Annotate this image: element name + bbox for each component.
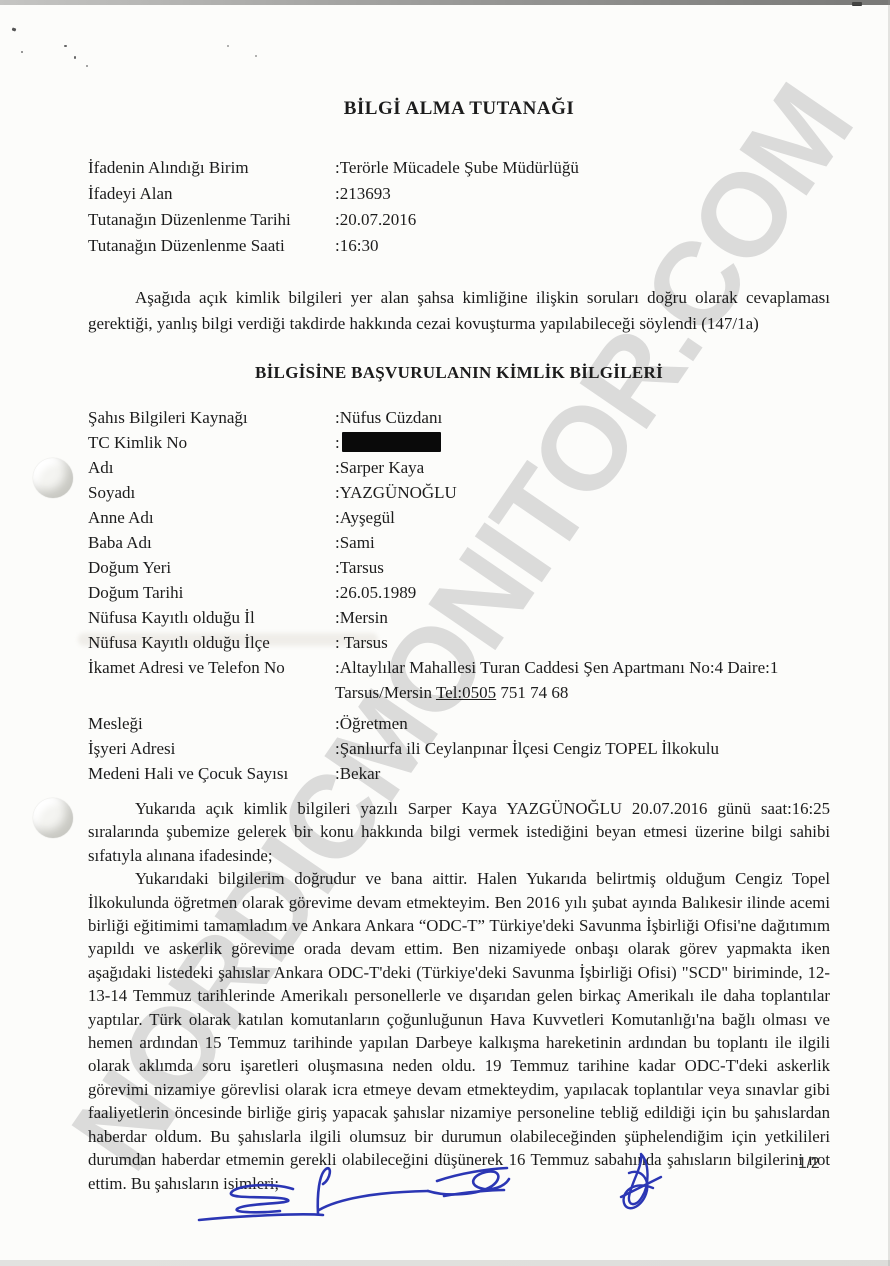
field-value: :Mersin [335,605,830,630]
field-row: Baba Adı :Sami [88,530,830,555]
document-content: BİLGİ ALMA TUTANAĞI İfadenin Alındığı Bi… [88,0,830,1195]
field-value: :Tarsus [335,555,830,580]
page-number: 1/2 [798,1155,820,1173]
field-row: Nüfusa Kayıtlı olduğu İlçe : Tarsus [88,630,830,655]
field-value: : [335,430,830,455]
field-label: Adı [88,455,335,480]
notice-paragraph: Aşağıda açık kimlik bilgileri yer alan ş… [88,285,830,337]
phone-number-rest: 751 74 68 [496,683,568,702]
field-value: :YAZGÜNOĞLU [335,480,830,505]
ink-speck [74,56,76,59]
field-label: Tutanağın Düzenlenme Saati [88,233,335,259]
field-value: :Altaylılar Mahallesi Turan Caddesi Şen … [335,655,830,705]
field-value: :26.05.1989 [335,580,830,605]
field-row: Nüfusa Kayıtlı olduğu İl :Mersin [88,605,830,630]
ink-speck [227,45,229,47]
field-row: İfadeyi Alan :213693 [88,181,830,207]
field-row: Medeni Hali ve Çocuk Sayısı :Bekar [88,761,830,786]
field-value: :Öğretmen [335,711,830,736]
ink-speck [64,45,67,47]
field-row: Doğum Yeri :Tarsus [88,555,830,580]
field-value: :Sarper Kaya [335,455,830,480]
field-row: Tutanağın Düzenlenme Saati :16:30 [88,233,830,259]
hole-punch [33,798,73,838]
field-row: Doğum Tarihi :26.05.1989 [88,580,830,605]
phone-number: Tel:0505 [436,683,496,702]
ink-speck [86,65,88,67]
field-label: Anne Adı [88,505,335,530]
field-label: Doğum Yeri [88,555,335,580]
meta-fields: İfadenin Alındığı Birim :Terörle Mücadel… [88,155,830,259]
scanned-document-page: NORDICMONITOR.COM BİLGİ ALMA TUTANAĞI İf… [0,0,890,1266]
field-value: :Şanlıurfa ili Ceylanpınar İlçesi Cengiz… [335,736,830,761]
ink-speck [12,27,17,31]
field-row: Soyadı :YAZGÜNOĞLU [88,480,830,505]
hole-punch [33,458,73,498]
field-label: İşyeri Adresi [88,736,335,761]
field-value: :16:30 [335,233,830,259]
field-value: :Terörle Mücadele Şube Müdürlüğü [335,155,830,181]
field-value: : Tarsus [335,630,830,655]
statement-body-paragraph: Yukarıdaki bilgilerim doğrudur ve bana a… [88,867,830,1195]
field-row: Anne Adı :Ayşegül [88,505,830,530]
scan-edge-top [0,0,890,5]
field-label: Şahıs Bilgileri Kaynağı [88,405,335,430]
field-label: İfadeyi Alan [88,181,335,207]
field-label: Soyadı [88,480,335,505]
field-row: İşyeri Adresi :Şanlıurfa ili Ceylanpınar… [88,736,830,761]
field-row-tc-kimlik: TC Kimlik No : [88,430,830,455]
field-label: Nüfusa Kayıtlı olduğu İlçe [88,630,335,655]
field-colon: : [335,433,340,452]
field-row-ikamet: İkamet Adresi ve Telefon No :Altaylılar … [88,655,830,705]
ink-speck [21,51,23,53]
field-label: TC Kimlik No [88,430,335,455]
field-value: :213693 [335,181,830,207]
field-label: Mesleği [88,711,335,736]
field-value: :Bekar [335,761,830,786]
address-line-1: :Altaylılar Mahallesi Turan Caddesi Şen … [335,658,778,677]
identity-section-heading: BİLGİSİNE BAŞVURULANIN KİMLİK BİLGİLERİ [88,361,830,385]
ink-speck [255,55,257,57]
field-label: Tutanağın Düzenlenme Tarihi [88,207,335,233]
field-label: Doğum Tarihi [88,580,335,605]
field-label: Nüfusa Kayıtlı olduğu İl [88,605,335,630]
field-label: İfadenin Alındığı Birim [88,155,335,181]
redaction-box [342,432,441,452]
field-row: Şahıs Bilgileri Kaynağı :Nüfus Cüzdanı [88,405,830,430]
field-row: Tutanağın Düzenlenme Tarihi :20.07.2016 [88,207,830,233]
field-row: İfadenin Alındığı Birim :Terörle Mücadel… [88,155,830,181]
field-row: Adı :Sarper Kaya [88,455,830,480]
field-label: Baba Adı [88,530,335,555]
scan-edge-bottom [0,1260,890,1266]
field-value: :20.07.2016 [335,207,830,233]
identity-fields: Şahıs Bilgileri Kaynağı :Nüfus Cüzdanı T… [88,405,830,786]
statement-intro-paragraph: Yukarıda açık kimlik bilgileri yazılı Sa… [88,797,830,867]
field-label: Medeni Hali ve Çocuk Sayısı [88,761,335,786]
field-value: :Sami [335,530,830,555]
field-value: :Ayşegül [335,505,830,530]
statement-section: Yukarıda açık kimlik bilgileri yazılı Sa… [88,797,830,1195]
address-line-2: Tarsus/Mersin [335,683,436,702]
document-title: BİLGİ ALMA TUTANAĞI [88,97,830,121]
field-value: :Nüfus Cüzdanı [335,405,830,430]
field-label: İkamet Adresi ve Telefon No [88,655,335,705]
field-row: Mesleği :Öğretmen [88,711,830,736]
